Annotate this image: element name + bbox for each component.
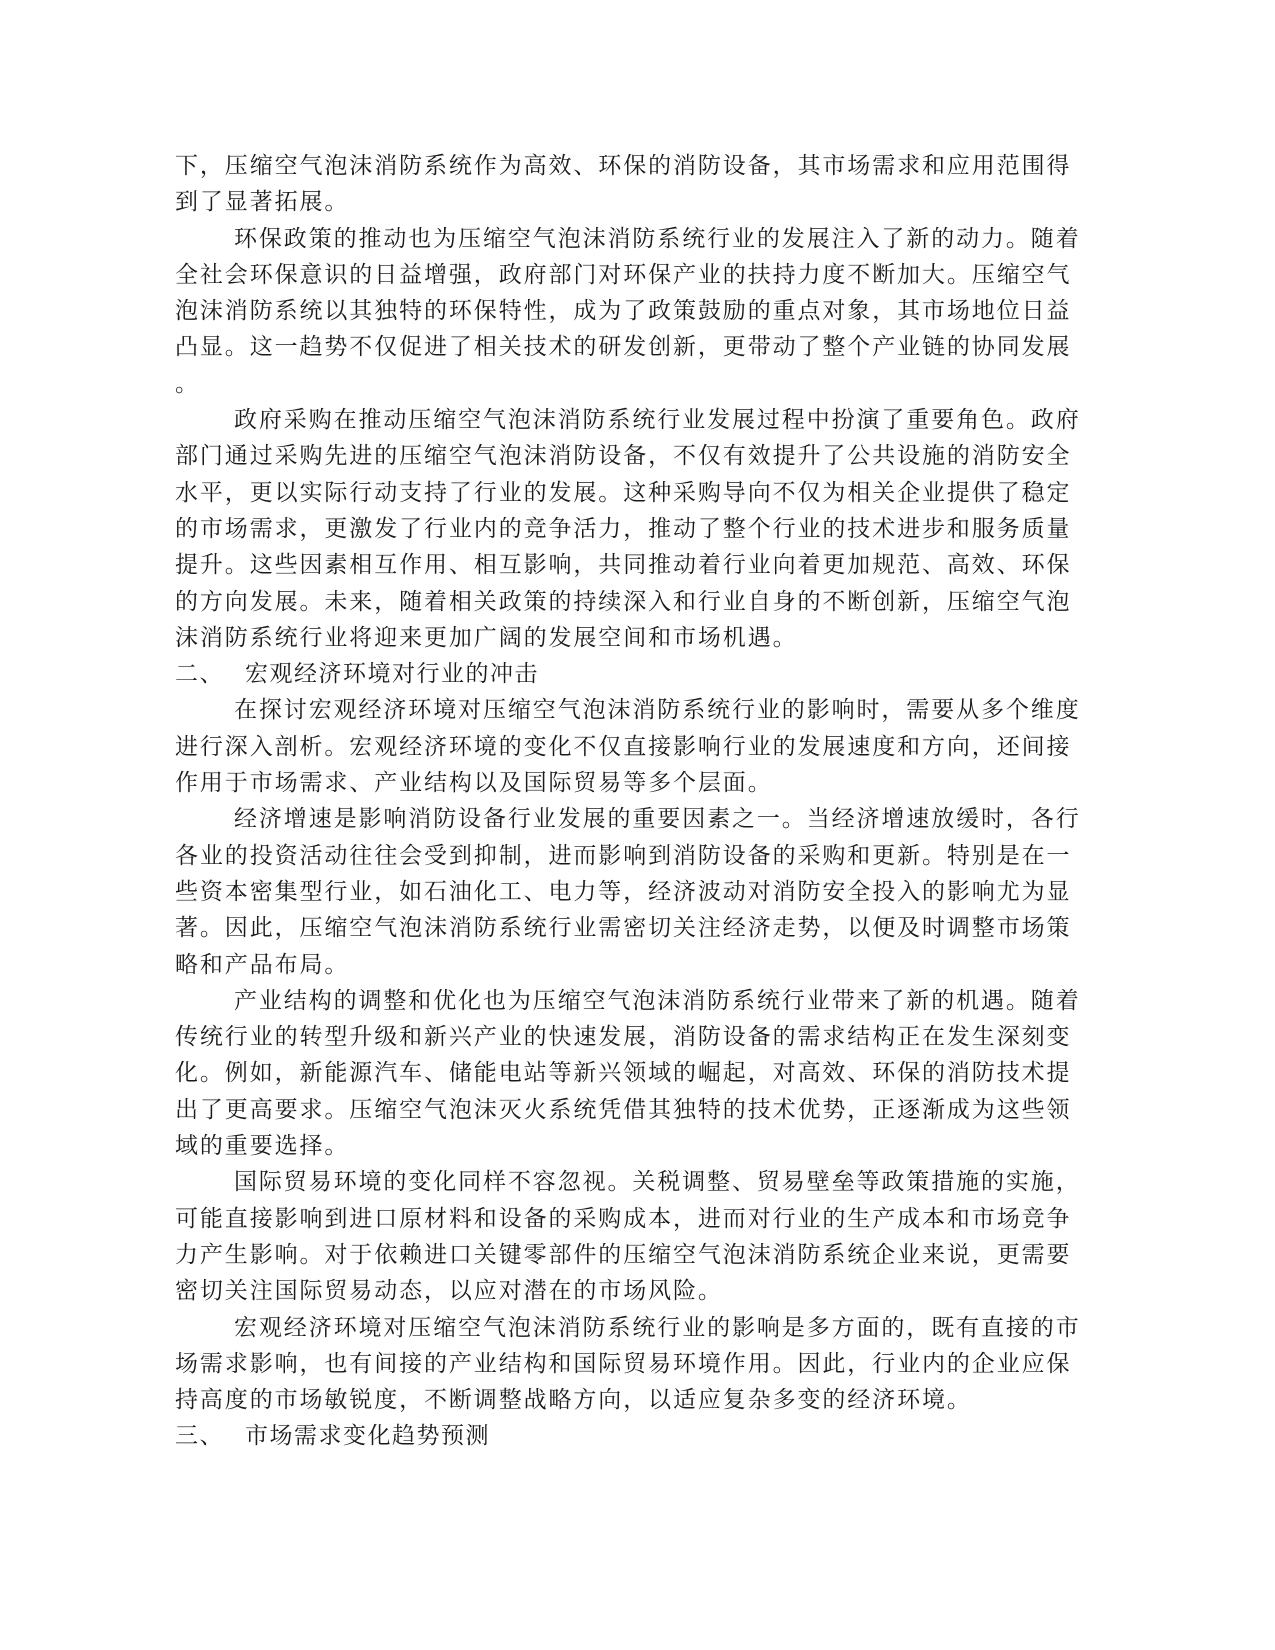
text-line: 泡沫消防系统以其独特的环保特性，成为了政策鼓励的重点对象，其市场地位日益 — [175, 293, 1045, 329]
text-line: 到了显著拓展。 — [175, 184, 1045, 220]
text-line: 凸显。这一趋势不仅促进了相关技术的研发创新，更带动了整个产业链的协同发展 — [175, 329, 1045, 365]
text-line: 环保政策的推动也为压缩空气泡沫消防系统行业的发展注入了新的动力。随着 — [175, 221, 1045, 257]
text-line: 域的重要选择。 — [175, 1128, 1045, 1164]
section-heading-3: 三、市场需求变化趋势预测 — [175, 1418, 1045, 1454]
text-line: 产业结构的调整和优化也为压缩空气泡沫消防系统行业带来了新的机遇。随着 — [175, 983, 1045, 1019]
section-heading-2: 二、宏观经济环境对行业的冲击 — [175, 656, 1045, 692]
text-line: 略和产品布局。 — [175, 947, 1045, 983]
paragraph-government-procurement: 政府采购在推动压缩空气泡沫消防系统行业发展过程中扮演了重要角色。政府 部门通过采… — [175, 402, 1045, 656]
text-line: 持高度的市场敏锐度，不断调整战略方向，以适应复杂多变的经济环境。 — [175, 1382, 1045, 1418]
text-line: 密切关注国际贸易动态，以应对潜在的市场风险。 — [175, 1273, 1045, 1309]
text-line: 的市场需求，更激发了行业内的竞争活力，推动了整个行业的技术进步和服务质量 — [175, 511, 1045, 547]
text-line: 传统行业的转型升级和新兴产业的快速发展，消防设备的需求结构正在发生深刻变 — [175, 1019, 1045, 1055]
paragraph-continuation: 下，压缩空气泡沫消防系统作为高效、环保的消防设备，其市场需求和应用范围得 到了显… — [175, 148, 1045, 221]
section-title: 宏观经济环境对行业的冲击 — [245, 661, 539, 687]
text-line: 化。例如，新能源汽车、储能电站等新兴领域的崛起，对高效、环保的消防技术提 — [175, 1055, 1045, 1091]
text-line: 力产生影响。对于依赖进口关键零部件的压缩空气泡沫消防系统企业来说，更需要 — [175, 1237, 1045, 1273]
text-line: 提升。这些因素相互作用、相互影响，共同推动着行业向着更加规范、高效、环保 — [175, 547, 1045, 583]
text-line: 些资本密集型行业，如石油化工、电力等，经济波动对消防安全投入的影响尤为显 — [175, 874, 1045, 910]
text-line: 出了更高要求。压缩空气泡沫灭火系统凭借其独特的技术优势，正逐渐成为这些领 — [175, 1092, 1045, 1128]
text-line: 著。因此，压缩空气泡沫消防系统行业需密切关注经济走势，以便及时调整市场策 — [175, 910, 1045, 946]
text-line: 政府采购在推动压缩空气泡沫消防系统行业发展过程中扮演了重要角色。政府 — [175, 402, 1045, 438]
text-line: 部门通过采购先进的压缩空气泡沫消防设备，不仅有效提升了公共设施的消防安全 — [175, 438, 1045, 474]
text-line: 宏观经济环境对压缩空气泡沫消防系统行业的影响是多方面的，既有直接的市 — [175, 1310, 1045, 1346]
text-line: 下，压缩空气泡沫消防系统作为高效、环保的消防设备，其市场需求和应用范围得 — [175, 148, 1045, 184]
text-line: 水平，更以实际行动支持了行业的发展。这种采购导向不仅为相关企业提供了稳定 — [175, 475, 1045, 511]
paragraph-environmental-policy: 环保政策的推动也为压缩空气泡沫消防系统行业的发展注入了新的动力。随着 全社会环保… — [175, 221, 1045, 402]
text-line: 在探讨宏观经济环境对压缩空气泡沫消防系统行业的影响时，需要从多个维度 — [175, 692, 1045, 728]
paragraph-macro-analysis: 在探讨宏观经济环境对压缩空气泡沫消防系统行业的影响时，需要从多个维度 进行深入剖… — [175, 692, 1045, 801]
document-page: 下，压缩空气泡沫消防系统作为高效、环保的消防设备，其市场需求和应用范围得 到了显… — [175, 148, 1045, 1455]
paragraph-summary: 宏观经济环境对压缩空气泡沫消防系统行业的影响是多方面的，既有直接的市 场需求影响… — [175, 1310, 1045, 1419]
text-line: 作用于市场需求、产业结构以及国际贸易等多个层面。 — [175, 765, 1045, 801]
text-line: 国际贸易环境的变化同样不容忽视。关税调整、贸易壁垒等政策措施的实施， — [175, 1164, 1045, 1200]
section-number: 三、 — [175, 1418, 245, 1454]
paragraph-industrial-structure: 产业结构的调整和优化也为压缩空气泡沫消防系统行业带来了新的机遇。随着 传统行业的… — [175, 983, 1045, 1164]
paragraph-international-trade: 国际贸易环境的变化同样不容忽视。关税调整、贸易壁垒等政策措施的实施， 可能直接影… — [175, 1164, 1045, 1309]
text-line: 场需求影响，也有间接的产业结构和国际贸易环境作用。因此，行业内的企业应保 — [175, 1346, 1045, 1382]
text-line: 经济增速是影响消防设备行业发展的重要因素之一。当经济增速放缓时，各行 — [175, 801, 1045, 837]
text-line: 。 — [175, 366, 1045, 402]
text-line: 沫消防系统行业将迎来更加广阔的发展空间和市场机遇。 — [175, 620, 1045, 656]
text-line: 各业的投资活动往往会受到抑制，进而影响到消防设备的采购和更新。特别是在一 — [175, 838, 1045, 874]
text-line: 的方向发展。未来，随着相关政策的持续深入和行业自身的不断创新，压缩空气泡 — [175, 584, 1045, 620]
paragraph-economic-growth: 经济增速是影响消防设备行业发展的重要因素之一。当经济增速放缓时，各行 各业的投资… — [175, 801, 1045, 982]
section-number: 二、 — [175, 656, 245, 692]
text-line: 进行深入剖析。宏观经济环境的变化不仅直接影响行业的发展速度和方向，还间接 — [175, 729, 1045, 765]
section-title: 市场需求变化趋势预测 — [245, 1423, 490, 1449]
text-line: 可能直接影响到进口原材料和设备的采购成本，进而对行业的生产成本和市场竞争 — [175, 1201, 1045, 1237]
text-line: 全社会环保意识的日益增强，政府部门对环保产业的扶持力度不断加大。压缩空气 — [175, 257, 1045, 293]
